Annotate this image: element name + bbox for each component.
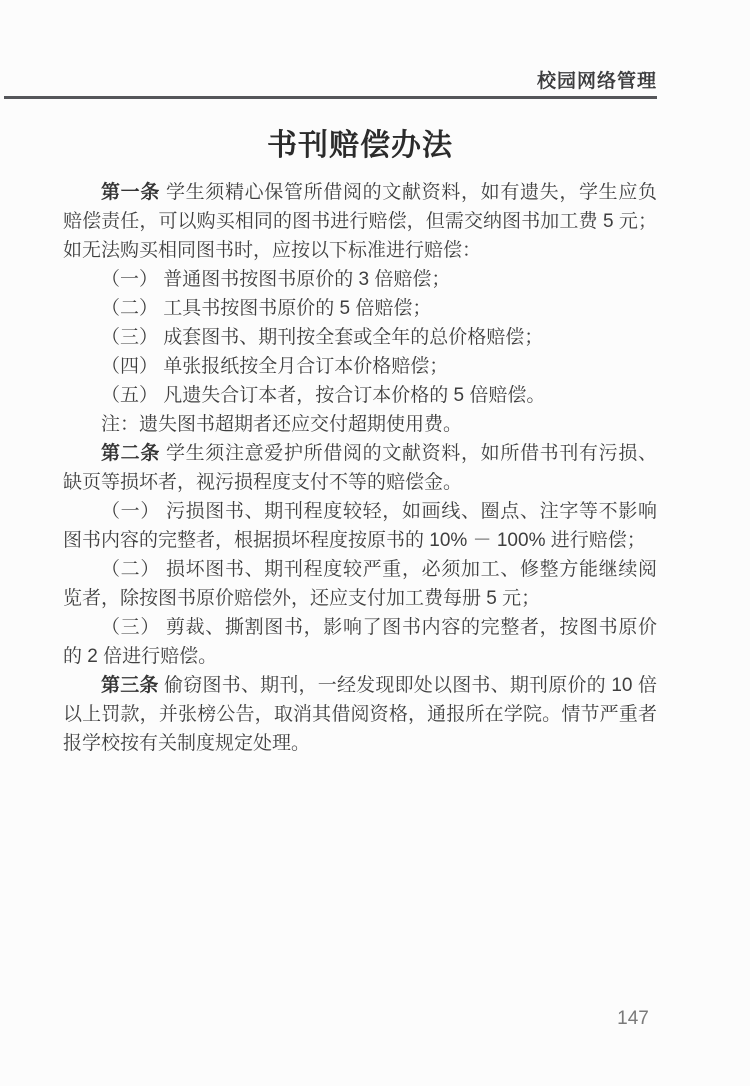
article-1-item-1: （一） 普通图书按图书原价的 3 倍赔偿； [63,265,657,294]
article-1-label: 第一条 [101,182,160,203]
document-page: 校园网络管理 书刊赔偿办法 第一条 学生须精心保管所借阅的文献资料，如有遗失，学… [0,0,750,1086]
article-3-paragraph: 第三条 偷窃图书、期刊，一经发现即处以图书、期刊原价的 10 倍以上罚款，并张榜… [63,671,657,758]
header-rule [4,96,657,99]
document-title: 书刊赔偿办法 [63,128,657,164]
document-content: 书刊赔偿办法 第一条 学生须精心保管所借阅的文献资料，如有遗失，学生应负赔偿责任… [63,118,657,758]
article-2-item-2: （二） 损坏图书、期刊程度较严重，必须加工、修整方能继续阅览者，除按图书原价赔偿… [63,555,657,613]
article-1-item-5: （五） 凡遗失合订本者，按合订本价格的 5 倍赔偿。 [63,381,657,410]
article-1-note: 注：遗失图书超期者还应交付超期使用费。 [63,410,657,439]
running-header: 校园网络管理 [4,66,657,93]
article-1-item-3: （三） 成套图书、期刊按全套或全年的总价格赔偿； [63,323,657,352]
article-2-label: 第二条 [101,443,160,464]
article-2-paragraph: 第二条 学生须注意爱护所借阅的文献资料，如所借书刊有污损、缺页等损坏者，视污损程… [63,439,657,497]
article-3-label: 第三条 [101,675,159,696]
article-1-item-2: （二） 工具书按图书原价的 5 倍赔偿； [63,294,657,323]
running-header-title: 校园网络管理 [537,71,657,92]
article-2-item-3: （三） 剪裁、撕割图书，影响了图书内容的完整者，按图书原价的 2 倍进行赔偿。 [63,613,657,671]
article-1-paragraph: 第一条 学生须精心保管所借阅的文献资料，如有遗失，学生应负赔偿责任，可以购买相同… [63,178,657,265]
article-2-item-1: （一） 污损图书、期刊程度较轻，如画线、圈点、注字等不影响图书内容的完整者，根据… [63,497,657,555]
article-1-item-4: （四） 单张报纸按全月合订本价格赔偿； [63,352,657,381]
page-number: 147 [608,1008,658,1030]
